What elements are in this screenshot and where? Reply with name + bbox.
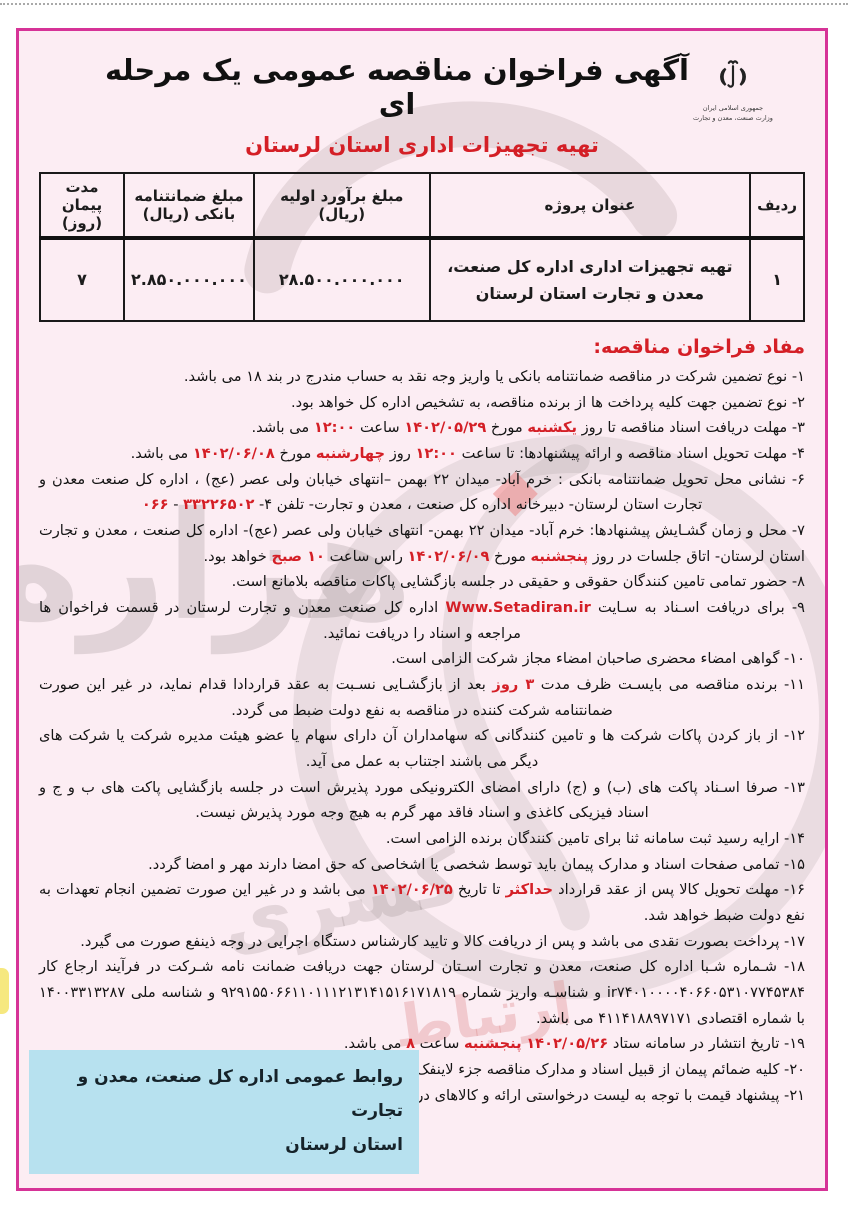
column-header: مدت پیمان (روز)	[40, 173, 124, 238]
highlighted-text: Www.Setadiran.ir	[445, 599, 591, 616]
footer-line2: استان لرستان	[45, 1128, 403, 1162]
term-item: ۹- برای دریافت اسـناد به سـایت Www.Setad…	[39, 595, 805, 646]
term-text: ۳- مهلت دریافت اسناد مناقصه تا روز	[577, 419, 805, 436]
highlighted-text: ۳ روز	[492, 676, 534, 693]
term-item: ۱۴- ارایه رسید ثبت سامانه ثنا برای تامین…	[39, 826, 805, 852]
term-text: روز	[385, 445, 415, 462]
newspaper-column-rule	[0, 3, 848, 5]
term-text: -	[169, 496, 184, 513]
highlighted-text: ۱۴۰۲/۰۶/۲۵	[371, 881, 453, 898]
term-text: ۱۴- ارایه رسید ثبت سامانه ثنا برای تامین…	[386, 830, 805, 847]
table-cell: ۱	[750, 238, 804, 321]
highlighted-text: ۰۶۶	[142, 496, 169, 513]
highlighted-text: ۱۴۰۲/۰۶/۰۹	[408, 548, 490, 565]
term-text: ۱۰- گواهی امضاء محضری صاحبان امضاء مجاز …	[391, 650, 805, 667]
iran-emblem-icon	[713, 57, 753, 97]
term-text: می باشد.	[131, 445, 193, 462]
term-text: ۸- حضور تمامی تامین کنندگان حقوقی و حقیق…	[232, 573, 805, 590]
term-text: تا تاریخ	[453, 881, 506, 898]
page-title: آگهی فراخوان مناقصه عمومی یک مرحله ای	[99, 53, 695, 121]
term-text: ۹- برای دریافت اسـناد به سـایت	[591, 599, 805, 616]
term-text: ۱۲- از باز کردن پاکات شرکت ها و تامین کن…	[39, 727, 805, 770]
term-text: ۱۹- تاریخ انتشار در سامانه ستاد	[608, 1035, 805, 1052]
column-header: مبلغ برآورد اولیه (ریال)	[254, 173, 430, 238]
term-text: مورخ	[489, 548, 530, 565]
table-cell: ۲.۸۵۰.۰۰۰.۰۰۰	[124, 238, 254, 321]
term-text: ۱۶- مهلت تحویل کالا پس از عقد قرارداد	[553, 881, 805, 898]
notice-header: جمهوری اسلامی ایران وزارت صنعت، معدن و ت…	[39, 53, 805, 157]
term-text: ساعت	[415, 1035, 464, 1052]
table-cell: تهیه تجهیزات اداری اداره کل صنعت، معدن و…	[430, 238, 751, 321]
column-header: عنوان پروژه	[430, 173, 751, 238]
highlighted-text: پنجشنبه	[464, 1035, 522, 1052]
highlighted-text: ۱۲:۰۰	[314, 419, 355, 436]
highlighted-text: پنجشنبه	[531, 548, 589, 565]
term-item: ۸- حضور تمامی تامین کنندگان حقوقی و حقیق…	[39, 569, 805, 595]
term-text: ۱۳- صرفا اسـناد پاکت های (ب) و (ج) دارای…	[39, 779, 805, 822]
term-item: ۶- نشانی محل تحویل ضمانتنامه بانکی : خرم…	[39, 467, 805, 518]
term-item: ۳- مهلت دریافت اسناد مناقصه تا روز یکشنب…	[39, 415, 805, 441]
term-text: می باشد.	[252, 419, 314, 436]
term-text: مورخ	[486, 419, 527, 436]
term-text: ۲- نوع تضمین جهت کلیه پرداخت ها از برنده…	[291, 394, 805, 411]
footer-signature-box: روابط عمومی اداره کل صنعت، معدن و تجارت …	[29, 1050, 419, 1174]
highlighted-text: حداکثر	[506, 881, 553, 898]
column-header: ردیف	[750, 173, 804, 238]
term-text: ۱۸- شـماره شـبا اداره کل صنعت، معدن و تج…	[39, 958, 805, 1026]
highlighted-text: ۱۴۰۲/۰۵/۲۶	[526, 1035, 608, 1052]
term-text: ۱- نوع تضمین شرکت در مناقصه ضمانتنامه با…	[184, 368, 805, 385]
scan-artifact-yellow	[0, 968, 9, 1014]
highlighted-text: چهارشنبه	[316, 445, 385, 462]
term-item: ۱۶- مهلت تحویل کالا پس از عقد قرارداد حد…	[39, 877, 805, 928]
tender-table: ردیفعنوان پروژهمبلغ برآورد اولیه (ریال)م…	[39, 172, 805, 322]
notice-frame: هزاره کسری ارتباط جمهوری اسلامی ایرا	[16, 28, 828, 1191]
term-text: ۱۷- پرداخت بصورت نقدی می باشد و پس از در…	[80, 933, 805, 950]
highlighted-text: ۳۳۲۲۶۵۰۲	[183, 496, 254, 513]
highlighted-text: ۱۴۰۲/۰۵/۲۹	[404, 419, 486, 436]
term-text: خواهد بود.	[203, 548, 271, 565]
tender-notice-page: هزاره کسری ارتباط جمهوری اسلامی ایرا	[0, 0, 848, 1206]
term-item: ۱۸- شـماره شـبا اداره کل صنعت، معدن و تج…	[39, 954, 805, 1031]
table-cell: ۲۸.۵۰۰.۰۰۰.۰۰۰	[254, 238, 430, 321]
logo-caption-line2: وزارت صنعت، معدن و تجارت	[685, 114, 781, 124]
term-item: ۱۱- برنده مناقصه می بایسـت ظرف مدت ۳ روز…	[39, 672, 805, 723]
table-cell: ۷	[40, 238, 124, 321]
table-row: ۱تهیه تجهیزات اداری اداره کل صنعت، معدن …	[40, 238, 804, 321]
table-header-row: ردیفعنوان پروژهمبلغ برآورد اولیه (ریال)م…	[40, 173, 804, 238]
term-item: ۱۲- از باز کردن پاکات شرکت ها و تامین کن…	[39, 723, 805, 774]
highlighted-text: ۱۲:۰۰	[416, 445, 457, 462]
logo-caption-line1: جمهوری اسلامی ایران	[685, 104, 781, 114]
highlighted-text: یکشنبه	[527, 419, 577, 436]
footer-line1: روابط عمومی اداره کل صنعت، معدن و تجارت	[45, 1060, 403, 1128]
term-text: مورخ	[275, 445, 316, 462]
ministry-logo: جمهوری اسلامی ایران وزارت صنعت، معدن و ت…	[685, 57, 781, 124]
term-item: ۱۷- پرداخت بصورت نقدی می باشد و پس از در…	[39, 929, 805, 955]
term-item: ۴- مهلت تحویل اسناد مناقصه و ارائه پیشنه…	[39, 441, 805, 467]
term-item: ۲- نوع تضمین جهت کلیه پرداخت ها از برنده…	[39, 390, 805, 416]
term-text: ۱۵- تمامی صفحات اسناد و مدارک پیمان باید…	[148, 856, 805, 873]
term-item: ۱- نوع تضمین شرکت در مناقصه ضمانتنامه با…	[39, 364, 805, 390]
term-text: راس ساعت	[325, 548, 408, 565]
term-text: ساعت	[355, 419, 404, 436]
term-text: ۱۱- برنده مناقصه می بایسـت ظرف مدت	[534, 676, 805, 693]
term-item: ۷- محل و زمان گشـایش پیشنهادها: خرم آباد…	[39, 518, 805, 569]
page-subtitle: تهیه تجهیزات اداری استان لرستان	[39, 133, 805, 157]
highlighted-text: ۱۴۰۲/۰۶/۰۸	[193, 445, 275, 462]
section-heading: مفاد فراخوان مناقصه:	[39, 336, 805, 358]
term-item: ۱۳- صرفا اسـناد پاکت های (ب) و (ج) دارای…	[39, 775, 805, 826]
column-header: مبلغ ضمانتنامه بانکی (ریال)	[124, 173, 254, 238]
term-item: ۱۵- تمامی صفحات اسناد و مدارک پیمان باید…	[39, 852, 805, 878]
term-text: ۴- مهلت تحویل اسناد مناقصه و ارائه پیشنه…	[457, 445, 805, 462]
highlighted-text: ۱۰ صبح	[271, 548, 325, 565]
term-item: ۱۰- گواهی امضاء محضری صاحبان امضاء مجاز …	[39, 646, 805, 672]
